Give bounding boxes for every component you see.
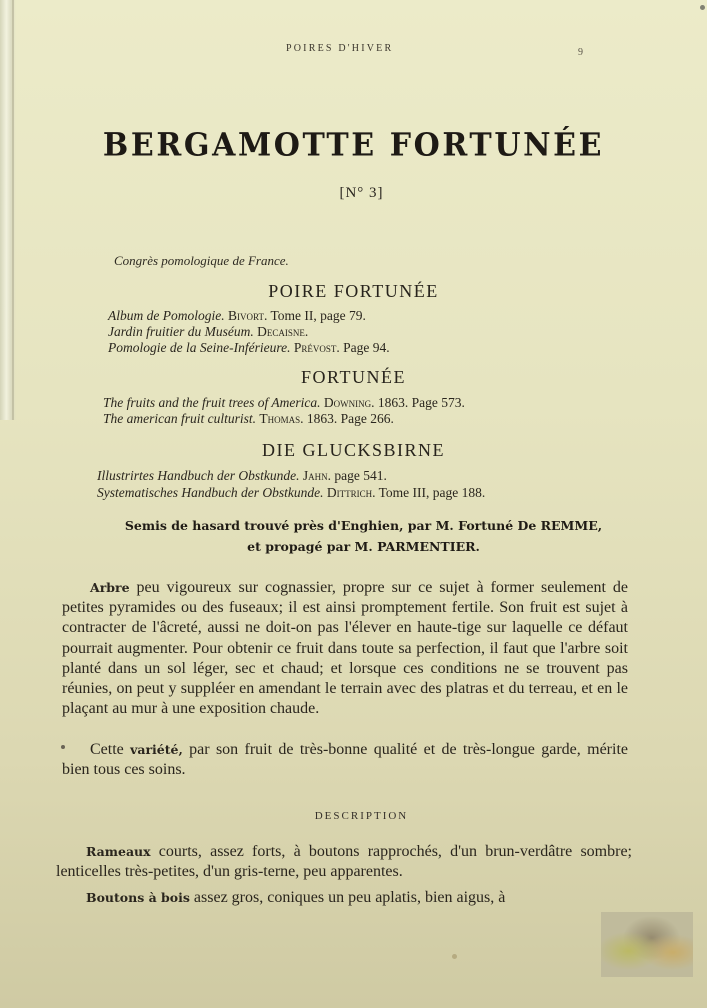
fruit-thumbnail-image (601, 912, 693, 977)
congress-attribution: Congrès pomologique de France. (114, 253, 289, 269)
reference-line: Illustrirtes Handbuch der Obstkunde. Jah… (97, 468, 387, 484)
ref-detail: page 541. (334, 468, 386, 483)
ref-work: The fruits and the fruit trees of Americ… (103, 395, 321, 410)
running-head: POIRES D'HIVER (286, 43, 393, 54)
ref-author: Bivort. (228, 308, 267, 323)
ref-author: Thomas. (259, 411, 303, 426)
ref-author: Dittrich. (327, 485, 376, 500)
ref-author: Decaisne. (257, 324, 308, 339)
ref-author: Jahn. (303, 468, 331, 483)
reference-line: Album de Pomologie. Bivort. Tome II, pag… (108, 308, 366, 324)
description-item: Boutons à bois assez gros, coniques un p… (56, 888, 632, 908)
binding-shadow (12, 0, 14, 420)
origin-line: et propagé par M. PARMENTIER. (0, 536, 707, 557)
page-title: BERGAMOTTE FORTUNÉE (0, 127, 707, 164)
ref-work: Illustrirtes Handbuch der Obstkunde. (97, 468, 299, 483)
ref-work: The american fruit culturist. (103, 411, 256, 426)
ref-detail: Tome II, page 79. (270, 308, 365, 323)
description-lead: Rameaux (86, 844, 151, 859)
stain-mark (452, 954, 457, 959)
synonym-heading: FORTUNÉE (0, 367, 707, 388)
stain-mark (700, 5, 705, 10)
description-text: assez gros, coniques un peu aplatis, bie… (190, 889, 505, 906)
ref-detail: Tome III, page 188. (379, 485, 486, 500)
reference-line: The american fruit culturist. Thomas. 18… (103, 411, 394, 427)
reference-line: The fruits and the fruit trees of Americ… (103, 395, 465, 411)
section-heading: DESCRIPTION (0, 810, 707, 822)
ref-author: Downing. (324, 395, 375, 410)
page-number: 9 (578, 47, 583, 58)
paragraph-text: peu vigoureux sur cognassier, propre sur… (62, 579, 628, 717)
body-paragraph: Arbre peu vigoureux sur cognassier, prop… (62, 578, 628, 719)
description-lead: Boutons à bois (86, 890, 190, 905)
synonym-heading: DIE GLUCKSBIRNE (0, 440, 707, 461)
ref-detail: Page 94. (343, 340, 390, 355)
reference-line: Jardin fruitier du Muséum. Decaisne. (108, 324, 308, 340)
ref-work: Album de Pomologie. (108, 308, 225, 323)
ref-detail: 1863. Page 266. (307, 411, 394, 426)
ref-work: Pomologie de la Seine-Inférieure. (108, 340, 290, 355)
paragraph-text: Cette (90, 741, 130, 758)
origin-line: Semis de hasard trouvé près d'Enghien, p… (0, 515, 707, 536)
variety-number: [N° 3] (0, 185, 707, 202)
reference-line: Pomologie de la Seine-Inférieure. Prévos… (108, 340, 390, 356)
synonym-heading: POIRE FORTUNÉE (0, 281, 707, 302)
body-paragraph: Cette variété, par son fruit de très-bon… (62, 740, 628, 780)
ref-author: Prévost. (294, 340, 340, 355)
reference-line: Systematisches Handbuch der Obstkunde. D… (97, 485, 485, 501)
ref-detail: 1863. Page 573. (378, 395, 465, 410)
paragraph-lead: variété, (130, 742, 183, 757)
ref-work: Systematisches Handbuch der Obstkunde. (97, 485, 323, 500)
paragraph-lead: Arbre (90, 580, 130, 595)
ref-work: Jardin fruitier du Muséum. (108, 324, 254, 339)
description-item: Rameaux courts, assez forts, à boutons r… (56, 842, 632, 882)
